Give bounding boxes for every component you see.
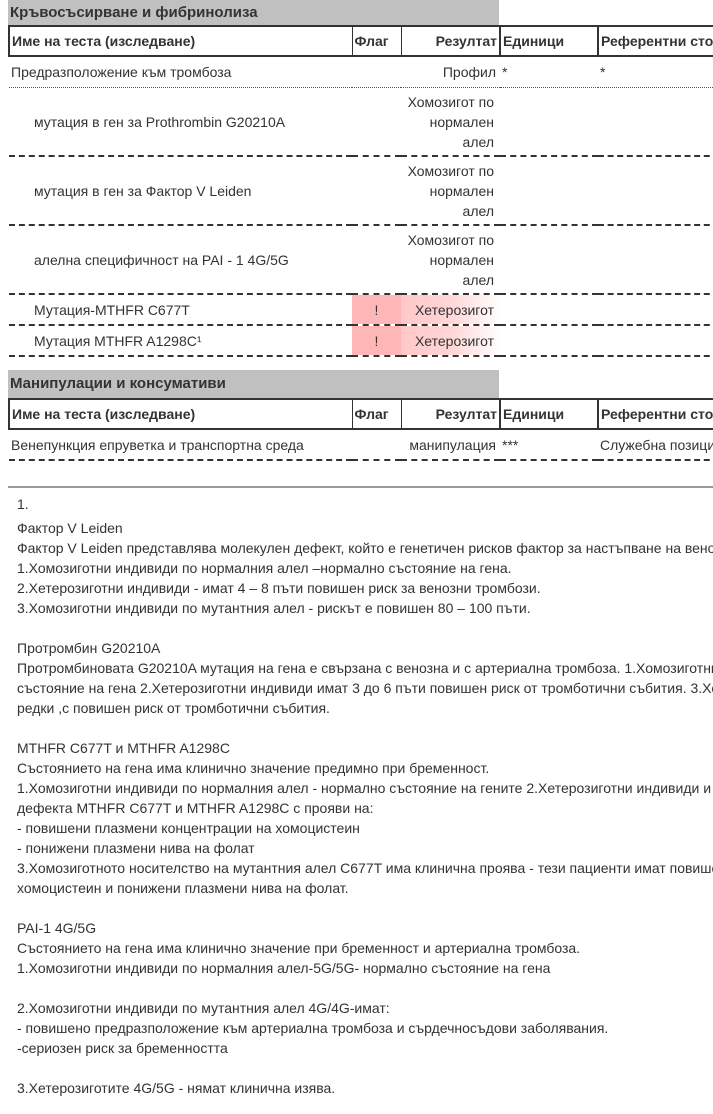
units-cell [500,88,598,157]
table-header-row: Име на теста (изследване) Флаг Резултат … [9,399,713,429]
note-line: Състоянието на гена има клинично значени… [17,758,713,778]
note-line: - повишени плазмени концентрации на хомо… [17,818,713,838]
units-cell: * [500,56,598,88]
flag-cell [352,88,401,157]
table-row: алелна специфичност на PAI - 1 4G/5G Хом… [9,225,713,294]
results-table-coagulation: Име на теста (изследване) Флаг Резултат … [8,25,713,357]
reference-cell: Служебна позиция [598,429,713,460]
table-row-flagged: Мутация MTHFR A1298C¹ ! Хетерозигот [9,325,713,356]
note-line: -сериозен риск за бременността [17,1038,713,1058]
table-row-flagged: Мутация-MTHFR C677T ! Хетерозигот [9,294,713,325]
column-header-result: Резултат [401,399,500,429]
reference-cell [598,88,713,157]
result-cell: Хомозигот по нормален алел [401,88,500,157]
flag-cell [352,225,401,294]
column-header-flag: Флаг [352,26,401,56]
column-header-units: Единици [500,26,598,56]
note-title-factor-v: Фактор V Leiden [17,518,713,538]
reference-cell [598,156,713,225]
note-title-pai: PAI-1 4G/5G [17,918,713,938]
notes-divider [8,486,713,488]
units-cell: *** [500,429,598,460]
result-cell: Хетерозигот [401,294,500,325]
note-line: хомоцистеин и понижени плазмени нива на … [17,878,713,898]
section-coagulation: Кръвосъсирване и фибринолиза Име на тест… [8,0,713,357]
footnote-index: 1. [17,494,713,514]
result-cell: Хомозигот по нормален алел [401,225,500,294]
section-title: Манипулации и консумативи [8,370,499,398]
note-line: дефекта MTHFR C677T и MTHFR A1298C с про… [17,798,713,818]
column-header-name: Име на теста (изследване) [9,26,352,56]
note-line: 1.Хомозиготни индивиди по нормалния алел… [17,958,713,978]
note-line: 3.Хомозиготното носителство на мутантния… [17,858,713,878]
column-header-reference: Референтни стойности [598,399,713,429]
reference-cell [598,325,713,356]
column-header-units: Единици [500,399,598,429]
note-line: състояние на гена 2.Хетерозиготни индиви… [17,678,713,698]
note-line: 2.Хомозиготни индивиди по мутантния алел… [17,998,713,1018]
flag-cell [352,56,401,88]
note-title-mthfr: MTHFR C677T и MTHFR A1298C [17,738,713,758]
results-table-manipulations: Име на теста (изследване) Флаг Резултат … [8,398,713,461]
note-line: 1.Хомозиготни индивиди по нормалния алел… [17,778,713,798]
units-cell [500,294,598,325]
units-cell [500,156,598,225]
test-name: мутация в ген за Prothrombin G20210A [9,88,352,157]
column-header-name: Име на теста (изследване) [9,399,352,429]
note-title-prothrombin: Протромбин G20210A [17,638,713,658]
test-name: Мутация-MTHFR C677T [9,294,352,325]
note-line: редки ,с повишен риск от тромботични съб… [17,698,713,718]
reference-cell [598,294,713,325]
note-line: 3.Хомозиготни индивиди по мутантния алел… [17,598,713,618]
flag-cell [352,156,401,225]
note-line: - понижени плазмени нива на фолат [17,838,713,858]
result-cell: манипулация [401,429,500,460]
note-line: Фактор V Leiden представлява молекулен д… [17,538,713,558]
result-cell: Хетерозигот [401,325,500,356]
note-line: 1.Хомозиготни индивиди по нормалния алел… [17,558,713,578]
reference-cell: * [598,56,713,88]
note-line: 3.Хетерозиготите 4G/5G - нямат клинична … [17,1078,713,1098]
test-name: Венепункция епруветка и транспортна сред… [9,429,352,460]
units-cell [500,225,598,294]
table-row: мутация в ген за Prothrombin G20210A Хом… [9,88,713,157]
result-cell: Хомозигот по нормален алел [401,156,500,225]
table-header-row: Име на теста (изследване) Флаг Резултат … [9,26,713,56]
reference-cell [598,225,713,294]
column-header-result: Резултат [401,26,500,56]
flag-cell [352,429,401,460]
column-header-flag: Флаг [352,399,401,429]
abnormal-flag-icon: ! [352,325,401,356]
table-row-profile: Предразположение към тромбоза Профил * * [9,56,713,88]
footnotes: 1. Фактор V Leiden Фактор V Leiden предс… [17,494,713,1098]
note-line: Протромбиновата G20210A мутация на гена … [17,658,713,678]
note-line: Състоянието на гена има клинично значени… [17,938,713,958]
abnormal-flag-icon: ! [352,294,401,325]
section-title: Кръвосъсирване и фибринолиза [8,0,499,25]
test-name: алелна специфичност на PAI - 1 4G/5G [9,225,352,294]
test-name: Предразположение към тромбоза [9,56,352,88]
section-manipulations: Манипулации и консумативи Име на теста (… [8,370,713,461]
column-header-reference: Референтни стойности [598,26,713,56]
test-name: мутация в ген за Фактор V Leiden [9,156,352,225]
test-name: Мутация MTHFR A1298C¹ [9,325,352,356]
note-line: - повишено предразположение към артериал… [17,1018,713,1038]
table-row: Венепункция епруветка и транспортна сред… [9,429,713,460]
units-cell [500,325,598,356]
note-line: 2.Хетерозиготни индивиди - имат 4 – 8 пъ… [17,578,713,598]
result-cell: Профил [401,56,500,88]
table-row: мутация в ген за Фактор V Leiden Хомозиг… [9,156,713,225]
